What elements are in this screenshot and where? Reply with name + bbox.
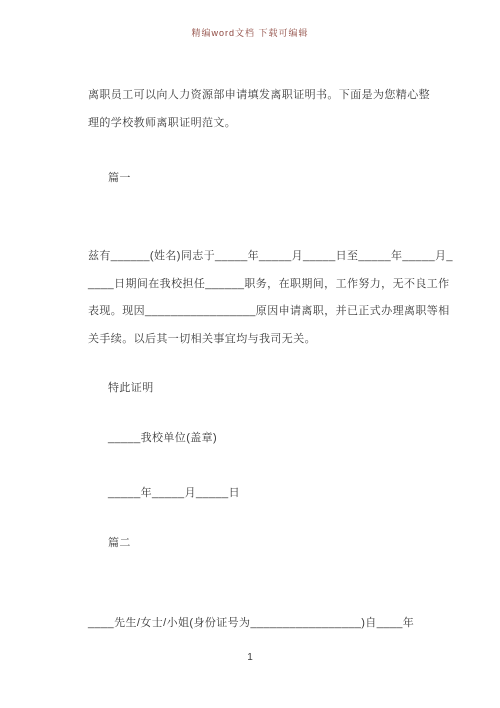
certificate-body-line: 表现。现因_________________原因申请离职，并已正式办理离职等相 (88, 305, 450, 318)
document-page: 精编word文档 下载可编辑 离职员工可以向人力资源部申请填发离职证明书。下面是… (0, 0, 500, 708)
section-two-heading: 篇二 (108, 537, 131, 550)
certificate-body-line: 关手续。以后其一切相关事宜均与我司无关。 (88, 333, 316, 346)
intro-line: 离职员工可以向人力资源部申请填发离职证明书。下面是为您精心整 (88, 89, 430, 102)
section-one-heading: 篇一 (108, 172, 131, 185)
page-number: 1 (0, 652, 500, 663)
date-line: _____年_____月_____日 (108, 487, 240, 500)
intro-line: 理的学校教师离职证明范文。 (88, 117, 236, 130)
identity-line: ____先生/女士/小姐(身份证号为_________________)自___… (88, 617, 414, 630)
certificate-body-line: 兹有______(姓名)同志于_____年_____月_____日至_____年… (88, 250, 453, 263)
unit-signature-line: _____我校单位(盖章) (108, 432, 217, 445)
attest-line: 特此证明 (108, 382, 154, 395)
certificate-body-line: ____日期间在我校担任______职务，在职期间，工作努力，无不良工作 (88, 278, 450, 291)
watermark-text: 精编word文档 下载可编辑 (0, 26, 500, 39)
